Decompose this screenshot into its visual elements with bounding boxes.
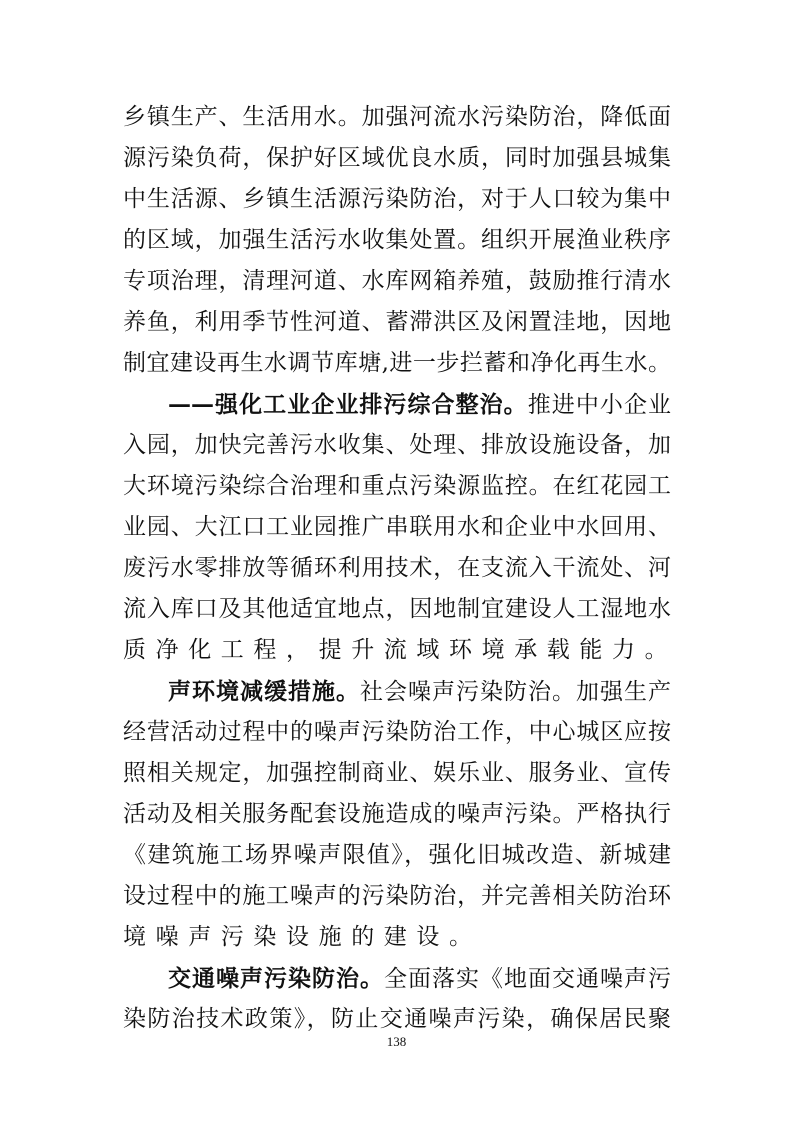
page-number: 138 [0, 1034, 793, 1050]
text-line: 设过程中的施工噪声的污染防治，并完善相关防治环 [123, 876, 671, 917]
text-line: 中生活源、乡镇生活源污染防治，对于人口较为集中 [123, 179, 671, 220]
text-line: 经营活动过程中的噪声污染防治工作，中心城区应按 [123, 712, 671, 753]
text-line: 照相关规定，加强控制商业、娱乐业、服务业、宣传 [123, 753, 671, 794]
document-body: 乡镇生产、生活用水。加强河流水污染防治，降低面 源污染负荷，保护好区域优良水质，… [123, 97, 675, 1040]
section-heading-line: 交通噪声污染防治。全面落实《地面交通噪声污 [123, 958, 671, 999]
text-line: 大环境污染综合治理和重点污染源监控。在红花园工 [123, 466, 671, 507]
text-line: 制宜建设再生水调节库塘,进一步拦蓄和净化再生水。 [123, 343, 671, 384]
section-heading-acoustic: 声环境减缓措施。 [168, 678, 360, 705]
text-line: 流入库口及其他适宜地点，因地制宜建设人工湿地水 [123, 589, 671, 630]
text-line: 质净化工程，提升流域环境承载能力。 [123, 630, 671, 671]
text-line: 的区域，加强生活污水收集处置。组织开展渔业秩序 [123, 220, 671, 261]
text-line: 源污染负荷，保护好区域优良水质，同时加强县城集 [123, 138, 671, 179]
text-line: 专项治理，清理河道、水库网箱养殖，鼓励推行清水 [123, 261, 671, 302]
text-line: 入园，加快完善污水收集、处理、排放设施设备，加 [123, 425, 671, 466]
text-line: 《建筑施工场界噪声限值》，强化旧城改造、新城建 [123, 835, 671, 876]
text-run: 全面落实《地面交通噪声污 [384, 966, 671, 992]
text-line: 废污水零排放等循环利用技术，在支流入干流处、河 [123, 548, 671, 589]
section-heading-traffic-noise: 交通噪声污染防治。 [168, 965, 384, 992]
text-run: 推进中小企业 [528, 392, 671, 418]
text-line: 业园、大江口工业园推广串联用水和企业中水回用、 [123, 507, 671, 548]
section-heading-line: ——强化工业企业排污综合整治。推进中小企业 [123, 384, 671, 425]
section-heading-industrial: ——强化工业企业排污综合整治。 [168, 391, 528, 418]
section-heading-line: 声环境减缓措施。社会噪声污染防治。加强生产 [123, 671, 671, 712]
text-line: 乡镇生产、生活用水。加强河流水污染防治，降低面 [123, 97, 671, 138]
text-line: 境噪声污染设施的建设。 [123, 917, 671, 958]
text-run: 社会噪声污染防治。加强生产 [360, 679, 671, 705]
text-line: 养鱼，利用季节性河道、蓄滞洪区及闲置洼地，因地 [123, 302, 671, 343]
text-line: 活动及相关服务配套设施造成的噪声污染。严格执行 [123, 794, 671, 835]
